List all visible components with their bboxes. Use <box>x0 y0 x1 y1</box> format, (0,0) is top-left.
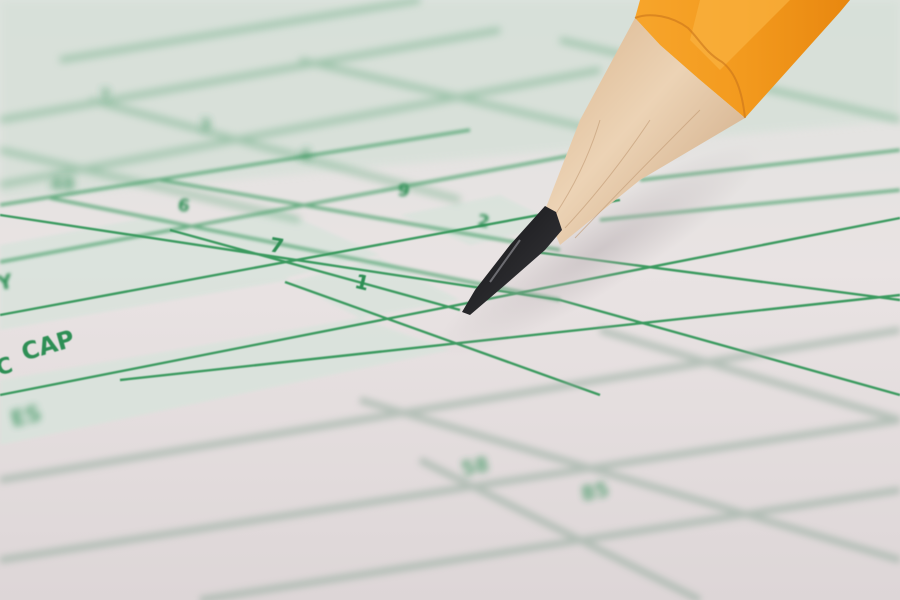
cell-value-blur-a: 48 <box>50 174 75 195</box>
cell-value-blur-e: 3 <box>200 115 211 134</box>
photo-scene: CAP C 7 1 Y 6 9 2 48 4 3 7 ES 58 85 <box>0 0 900 600</box>
cell-value-blur-d: 4 <box>300 145 311 164</box>
scorecard-photo: CAP C 7 1 Y 6 9 2 48 4 3 7 ES 58 85 <box>0 0 900 600</box>
cell-value-blur-f: 7 <box>100 86 110 104</box>
